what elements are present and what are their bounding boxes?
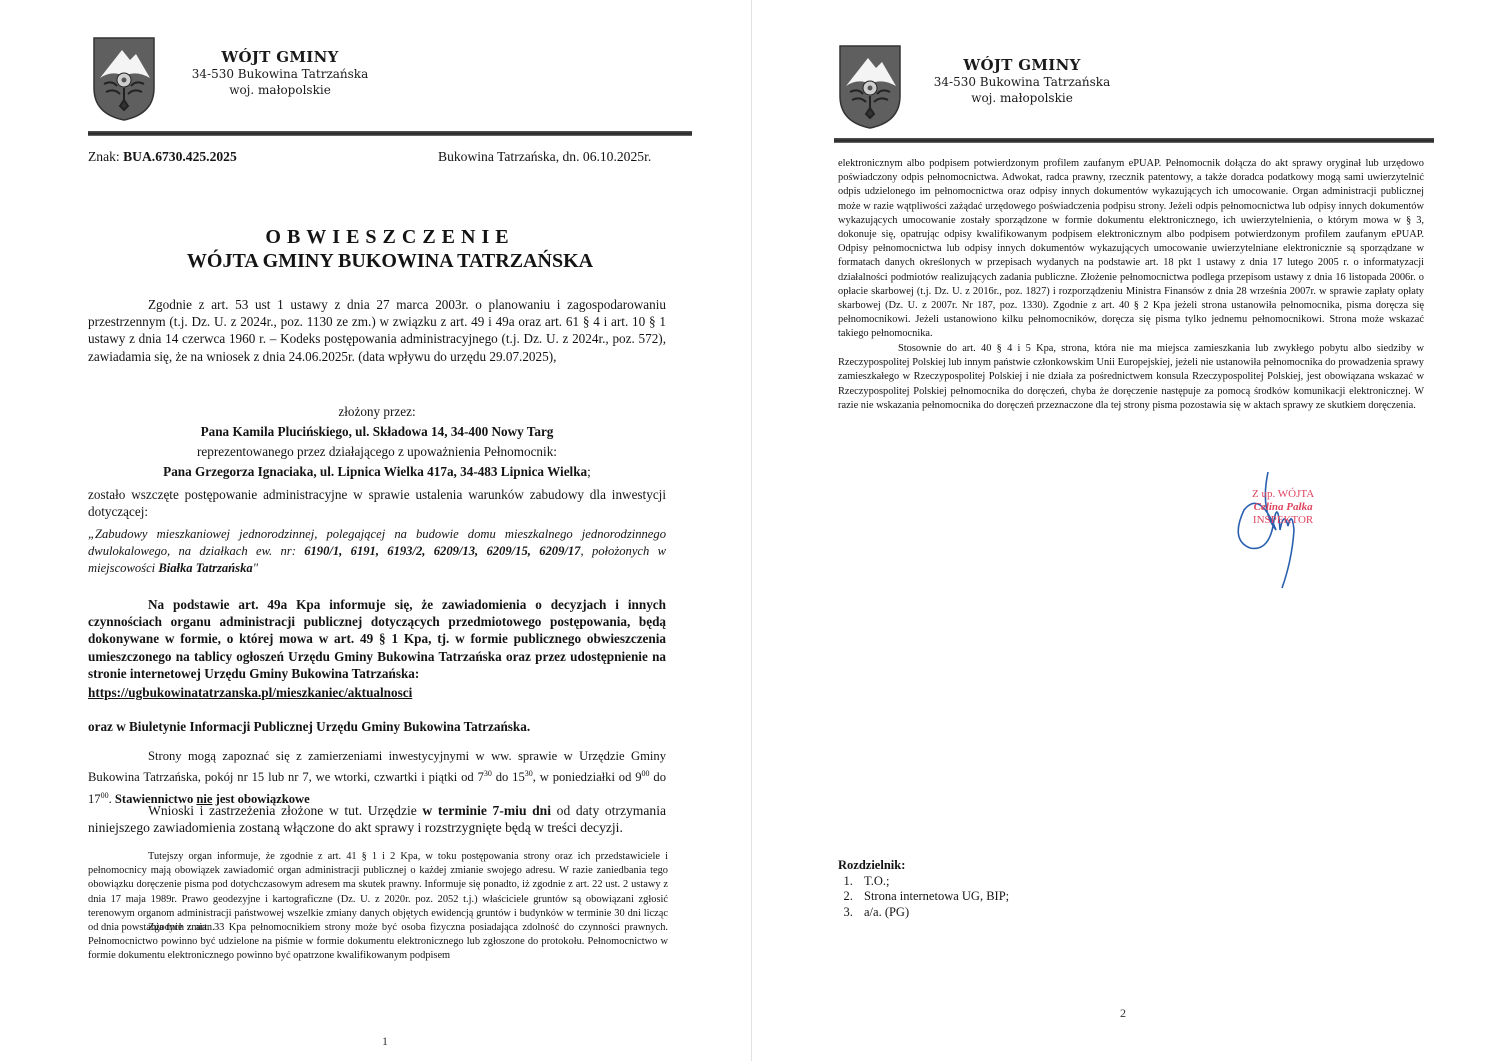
requests-paragraph: Wnioski i zastrzeżenia złożone w tut. Ur… <box>88 802 666 836</box>
investment-location: Białka Tatrzańska <box>158 561 252 575</box>
intro-paragraph: Zgodnie z art. 53 ust 1 ustawy z dnia 27… <box>88 296 666 365</box>
letterhead: WÓJT GMINY 34-530 Bukowina Tatrzańska wo… <box>922 56 1122 106</box>
proxy-info-paragraph: Zgodnie z art. 33 Kpa pełnomocnikiem str… <box>88 921 668 964</box>
reference-value: BUA.6730.425.2025 <box>123 149 237 164</box>
letterhead: WÓJT GMINY 34-530 Bukowina Tatrzańska wo… <box>180 48 380 98</box>
proceeding-paragraph: zostało wszczęte postępowanie administra… <box>88 486 666 520</box>
page-1: WÓJT GMINY 34-530 Bukowina Tatrzańska wo… <box>0 0 752 1061</box>
foreign-party-paragraph: Stosownie do art. 40 § 4 i 5 Kpa, strona… <box>838 342 1424 413</box>
notice-paragraph: Na podstawie art. 49a Kpa informuje się,… <box>88 596 666 682</box>
reference-number: Znak: BUA.6730.425.2025 <box>88 148 237 165</box>
letterhead-region: woj. małopolskie <box>180 82 380 98</box>
bip-line: oraz w Biuletynie Informacji Publicznej … <box>88 718 530 735</box>
notice-title: OBWIESZCZENIE <box>88 226 692 249</box>
distribution-title: Rozdzielnik: <box>838 858 1009 874</box>
distribution-list: Rozdzielnik: T.O.; Strona internetowa UG… <box>838 858 1009 920</box>
coat-of-arms-icon <box>838 44 902 130</box>
letterhead-address: 34-530 Bukowina Tatrzańska <box>180 66 380 82</box>
distribution-item: T.O.; <box>856 874 1009 890</box>
page-number: 1 <box>382 1034 388 1049</box>
notice-url-link[interactable]: https://ugbukowinatatrzanska.pl/mieszkan… <box>88 684 412 701</box>
letterhead-address: 34-530 Bukowina Tatrzańska <box>922 74 1122 90</box>
letterhead-region: woj. małopolskie <box>922 90 1122 106</box>
plot-numbers: 6190/1, 6191, 6193/2, 6209/13, 6209/15, … <box>304 544 580 558</box>
page-2: WÓJT GMINY 34-530 Bukowina Tatrzańska wo… <box>752 0 1500 1061</box>
applicant-name: Pana Kamila Plucińskiego, ul. Składowa 1… <box>88 422 666 442</box>
header-rule <box>88 131 692 136</box>
header-rule <box>834 138 1434 143</box>
investment-description: „Zabudowy mieszkaniowej jednorodzinnej, … <box>88 526 666 578</box>
letterhead-title: WÓJT GMINY <box>922 56 1122 74</box>
official-stamp: Z up. WÓJTA Celina Pałka INSPEKTOR <box>1252 488 1314 527</box>
distribution-item: Strona internetowa UG, BIP; <box>856 889 1009 905</box>
page-number: 2 <box>1120 1006 1126 1021</box>
letterhead-title: WÓJT GMINY <box>180 48 380 66</box>
place-date: Bukowina Tatrzańska, dn. 06.10.2025r. <box>438 148 651 165</box>
coat-of-arms-icon <box>92 36 156 122</box>
proxy-info-continued: elektronicznym albo podpisem potwierdzon… <box>838 157 1424 342</box>
deadline: w terminie 7-miu dni <box>422 803 551 818</box>
proxy-name: Pana Grzegorza Ignaciaka, ul. Lipnica Wi… <box>163 464 587 479</box>
office-hours-paragraph: Strony mogą zapoznać się z zamierzeniami… <box>88 748 666 808</box>
distribution-item: a/a. (PG) <box>856 905 1009 921</box>
applicant-block: złożony przez: Pana Kamila Plucińskiego,… <box>88 402 666 482</box>
notice-subtitle: WÓJTA GMINY BUKOWINA TATRZAŃSKA <box>88 250 692 273</box>
